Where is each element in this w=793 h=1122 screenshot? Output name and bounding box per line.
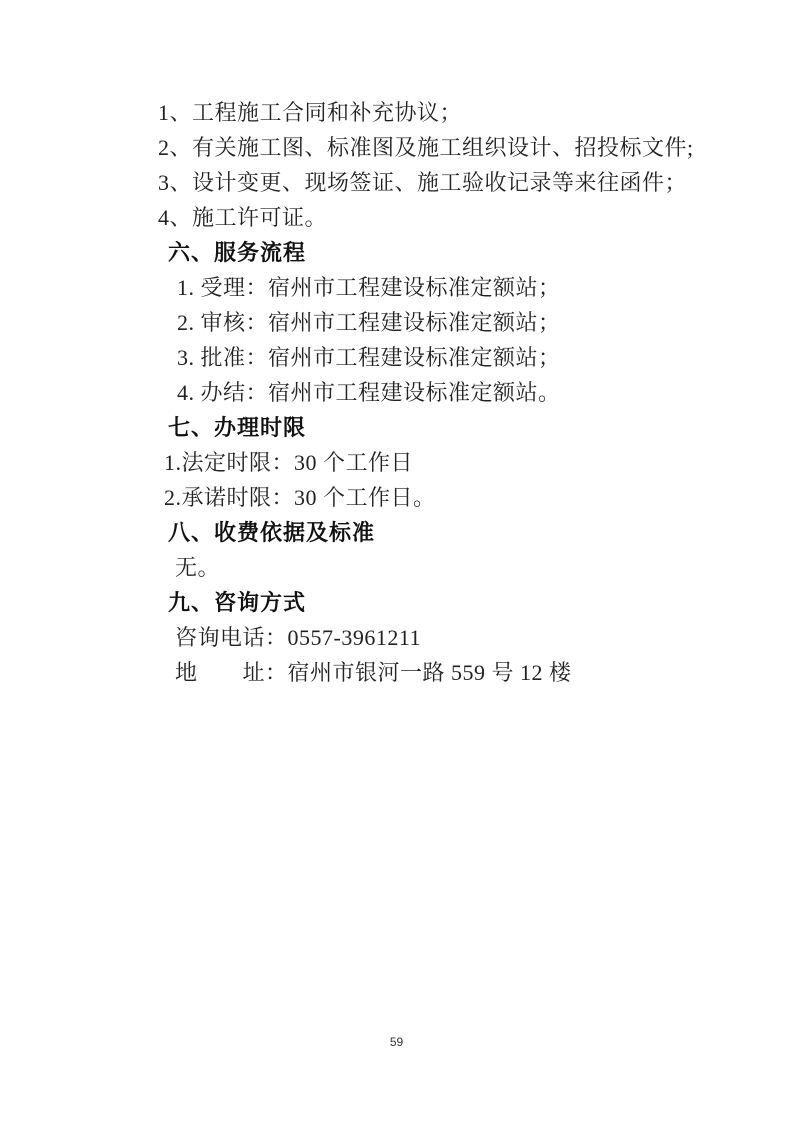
service-flow-item-4: 4. 办结：宿州市工程建设标准定额站。 (0, 375, 793, 410)
document-content: 1、工程施工合同和补充协议； 2、有关施工图、标准图及施工组织设计、招投标文件;… (0, 95, 793, 690)
time-limit-item-1: 1.法定时限：30 个工作日 (0, 445, 793, 480)
service-flow-item-2: 2. 审核：宿州市工程建设标准定额站； (0, 305, 793, 340)
service-flow-item-3: 3. 批准：宿州市工程建设标准定额站； (0, 340, 793, 375)
time-limit-item-2: 2.承诺时限：30 个工作日。 (0, 480, 793, 515)
section-heading-contact: 九、咨询方式 (0, 585, 793, 620)
section-heading-fees: 八、收费依据及标准 (0, 515, 793, 550)
fees-item-none: 无。 (0, 550, 793, 585)
service-flow-item-1: 1. 受理：宿州市工程建设标准定额站； (0, 270, 793, 305)
intro-list-item-2: 2、有关施工图、标准图及施工组织设计、招投标文件; (0, 130, 793, 165)
intro-list-item-3: 3、设计变更、现场签证、施工验收记录等来往函件； (0, 165, 793, 200)
intro-list-item-4: 4、施工许可证。 (0, 200, 793, 235)
section-heading-time-limit: 七、办理时限 (0, 410, 793, 445)
section-heading-service-flow: 六、服务流程 (0, 235, 793, 270)
intro-list-item-1: 1、工程施工合同和补充协议； (0, 95, 793, 130)
contact-address-line: 地 址：宿州市银河一路 559 号 12 楼 (0, 655, 793, 690)
document-page: 1、工程施工合同和补充协议； 2、有关施工图、标准图及施工组织设计、招投标文件;… (0, 0, 793, 1122)
contact-phone-line: 咨询电话：0557-3961211 (0, 620, 793, 655)
page-number: 59 (0, 1034, 793, 1050)
